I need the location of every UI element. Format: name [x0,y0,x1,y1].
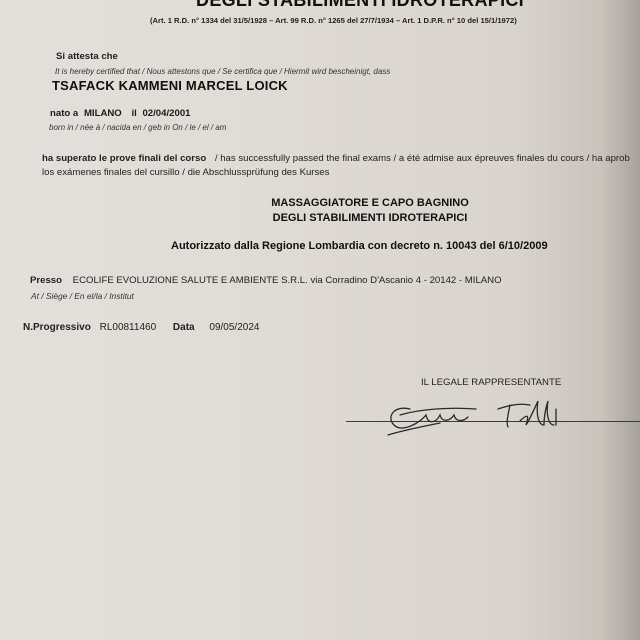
progressive-line: N.Progressivo RL00811460 Data 09/05/2024 [23,322,259,333]
institute-translation: At / Siège / En el/la / Institut [31,291,134,301]
on-label: il [131,108,136,119]
institute-value: ECOLIFE EVOLUZIONE SALUTE E AMBIENTE S.R… [73,275,502,286]
issue-date: 09/05/2024 [209,322,259,333]
birth-place: MILANO [84,108,122,119]
institute-line: Presso ECOLIFE EVOLUZIONE SALUTE E AMBIE… [30,275,502,286]
born-label: nato a [50,108,78,119]
certificate-title: DEGLI STABILIMENTI IDROTERAPICI [180,0,540,11]
legal-reference: (Art. 1 R.D. n° 1334 del 31/5/1928 – Art… [150,16,517,25]
exam-translation-1: / has successfully passed the final exam… [215,153,630,164]
birth-line: nato a MILANO il 02/04/2001 [50,108,190,119]
exam-label: ha superato le prove finali del corso [42,153,206,164]
holder-name: TSAFACK KAMMENI MARCEL LOICK [52,78,288,93]
progressive-number: RL00811460 [100,322,157,333]
course-title-line2: DEGLI STABILIMENTI IDROTERAPICI [210,211,530,226]
certificate-page: DEGLI STABILIMENTI IDROTERAPICI (Art. 1 … [0,0,640,640]
progressive-label: N.Progressivo [23,322,91,333]
date-label: Data [173,322,195,333]
attestation-label: Si attesta che [56,51,118,62]
birth-translation: born in / née à / nacida en / geb in On … [49,123,226,132]
exam-line: ha superato le prove finali del corso / … [42,153,630,164]
institute-label: Presso [30,275,62,286]
signatory-title: IL LEGALE RAPPRESENTANTE [421,377,561,388]
attestation-translation: It is hereby certified that / Nous attes… [55,67,390,76]
authorization-decree: Autorizzato dalla Regione Lombardia con … [171,240,548,252]
course-title: MASSAGGIATORE E CAPO BAGNINO DEGLI STABI… [210,196,530,226]
signature-icon [380,395,570,445]
birth-date: 02/04/2001 [142,108,190,119]
course-title-line1: MASSAGGIATORE E CAPO BAGNINO [210,196,530,211]
exam-translation-2: los exámenes finales del cursillo / die … [42,167,329,178]
